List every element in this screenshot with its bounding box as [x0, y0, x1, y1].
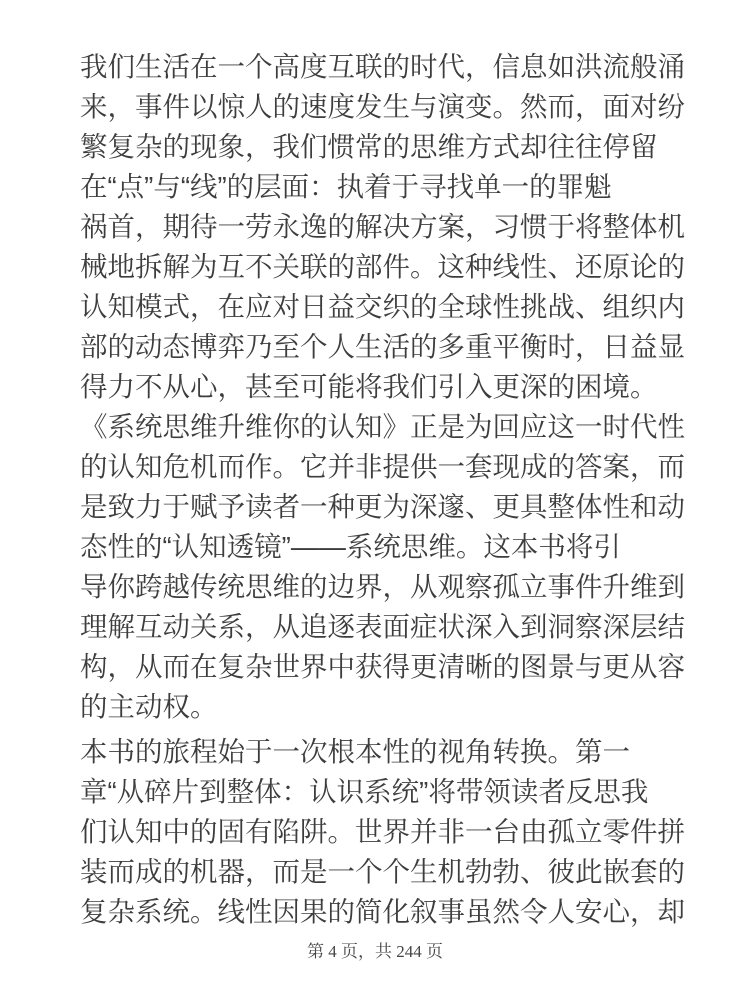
- text-line: 《系统思维升维你的认知》正是为回应这一时代性: [80, 407, 680, 447]
- text-line: 得力不从心，甚至可能将我们引入更深的困境。: [80, 367, 680, 407]
- text-line: 我们生活在一个高度互联的时代，信息如洪流般涌: [80, 47, 680, 87]
- text-line: 繁复杂的现象，我们惯常的思维方式却往往停留: [80, 127, 680, 167]
- text-line: 的主动权。: [80, 687, 680, 727]
- text-line: 态性的“认知透镜”——系统思维。这本书将引: [80, 527, 680, 567]
- text-line: 理解互动关系，从追逐表面症状深入到洞察深层结: [80, 607, 680, 647]
- paragraph: 本书的旅程始于一次根本性的视角转换。第一 章“从碎片到整体：认识系统”将带领读者…: [80, 732, 680, 932]
- text-line: 来，事件以惊人的速度发生与演变。然而，面对纷: [80, 87, 680, 127]
- page-footer: 第 4 页，共 244 页: [0, 941, 750, 963]
- text-line: 部的动态博弈乃至个人生活的多重平衡时，日益显: [80, 327, 680, 367]
- text-line: 在“点”与“线”的层面：执着于寻找单一的罪魁: [80, 167, 680, 207]
- text-line: 们认知中的固有陷阱。世界并非一台由孤立零件拼: [80, 812, 680, 852]
- paragraph: 我们生活在一个高度互联的时代，信息如洪流般涌 来，事件以惊人的速度发生与演变。然…: [80, 47, 680, 727]
- text-line: 章“从碎片到整体：认识系统”将带领读者反思我: [80, 772, 680, 812]
- document-page: 我们生活在一个高度互联的时代，信息如洪流般涌 来，事件以惊人的速度发生与演变。然…: [0, 0, 750, 1000]
- text-line: 导你跨越传统思维的边界，从观察孤立事件升维到: [80, 567, 680, 607]
- text-line: 装而成的机器，而是一个个生机勃勃、彼此嵌套的: [80, 852, 680, 892]
- text-line: 械地拆解为互不关联的部件。这种线性、还原论的: [80, 247, 680, 287]
- text-line: 祸首，期待一劳永逸的解决方案，习惯于将整体机: [80, 207, 680, 247]
- text-line: 认知模式，在应对日益交织的全球性挑战、组织内: [80, 287, 680, 327]
- text-line: 本书的旅程始于一次根本性的视角转换。第一: [80, 732, 680, 772]
- text-line: 的认知危机而作。它并非提供一套现成的答案，而: [80, 447, 680, 487]
- text-line: 构，从而在复杂世界中获得更清晰的图景与更从容: [80, 647, 680, 687]
- body-text: 我们生活在一个高度互联的时代，信息如洪流般涌 来，事件以惊人的速度发生与演变。然…: [80, 47, 680, 932]
- text-line: 是致力于赋予读者一种更为深邃、更具整体性和动: [80, 487, 680, 527]
- text-line: 复杂系统。线性因果的简化叙事虽然令人安心，却: [80, 892, 680, 932]
